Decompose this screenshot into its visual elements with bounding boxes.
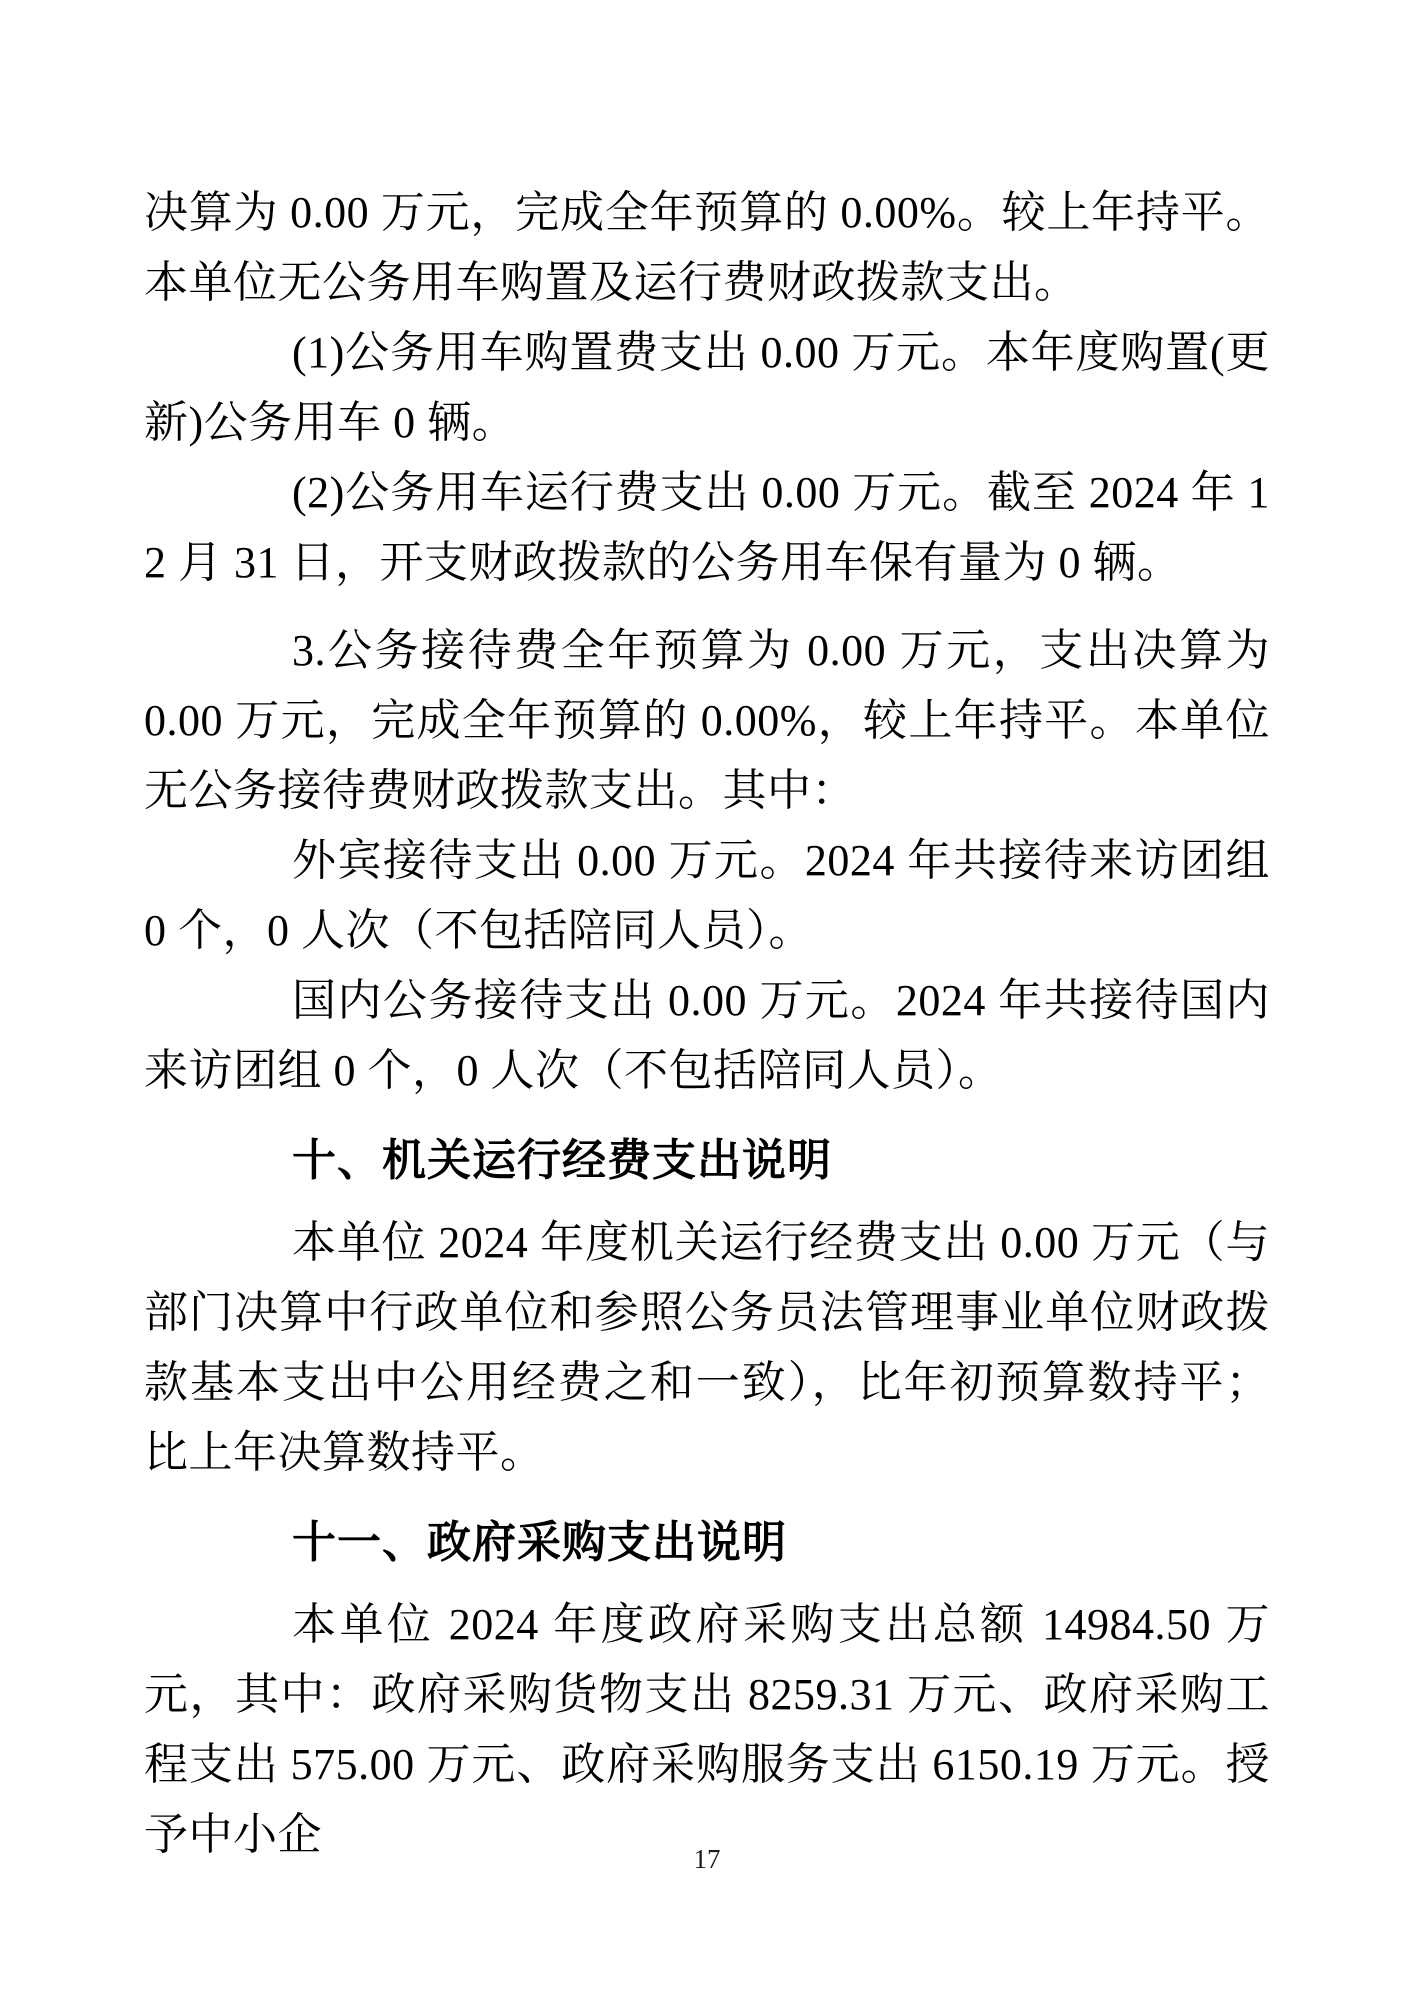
body-paragraph: 本单位 2024 年度政府采购支出总额 14984.50 万元，其中：政府采购货…	[144, 1590, 1270, 1870]
body-paragraph: 本单位 2024 年度机关运行经费支出 0.00 万元（与部门决算中行政单位和参…	[144, 1208, 1270, 1488]
section-heading-eleven: 十一、政府采购支出说明	[144, 1508, 1270, 1578]
body-paragraph: 决算为 0.00 万元，完成全年预算的 0.00%。较上年持平。本单位无公务用车…	[144, 178, 1270, 318]
page-number: 17	[0, 1842, 1414, 1876]
body-paragraph: (1)公务用车购置费支出 0.00 万元。本年度购置(更新)公务用车 0 辆。	[144, 318, 1270, 458]
section-heading-ten: 十、机关运行经费支出说明	[144, 1126, 1270, 1196]
page-content: 决算为 0.00 万元，完成全年预算的 0.00%。较上年持平。本单位无公务用车…	[144, 178, 1270, 1870]
body-paragraph: 3.公务接待费全年预算为 0.00 万元，支出决算为 0.00 万元，完成全年预…	[144, 616, 1270, 826]
body-paragraph: 外宾接待支出 0.00 万元。2024 年共接待来访团组 0 个，0 人次（不包…	[144, 826, 1270, 966]
body-paragraph: (2)公务用车运行费支出 0.00 万元。截至 2024 年 12 月 31 日…	[144, 458, 1270, 598]
document-page: 决算为 0.00 万元，完成全年预算的 0.00%。较上年持平。本单位无公务用车…	[0, 0, 1414, 2000]
body-paragraph: 国内公务接待支出 0.00 万元。2024 年共接待国内来访团组 0 个，0 人…	[144, 966, 1270, 1106]
